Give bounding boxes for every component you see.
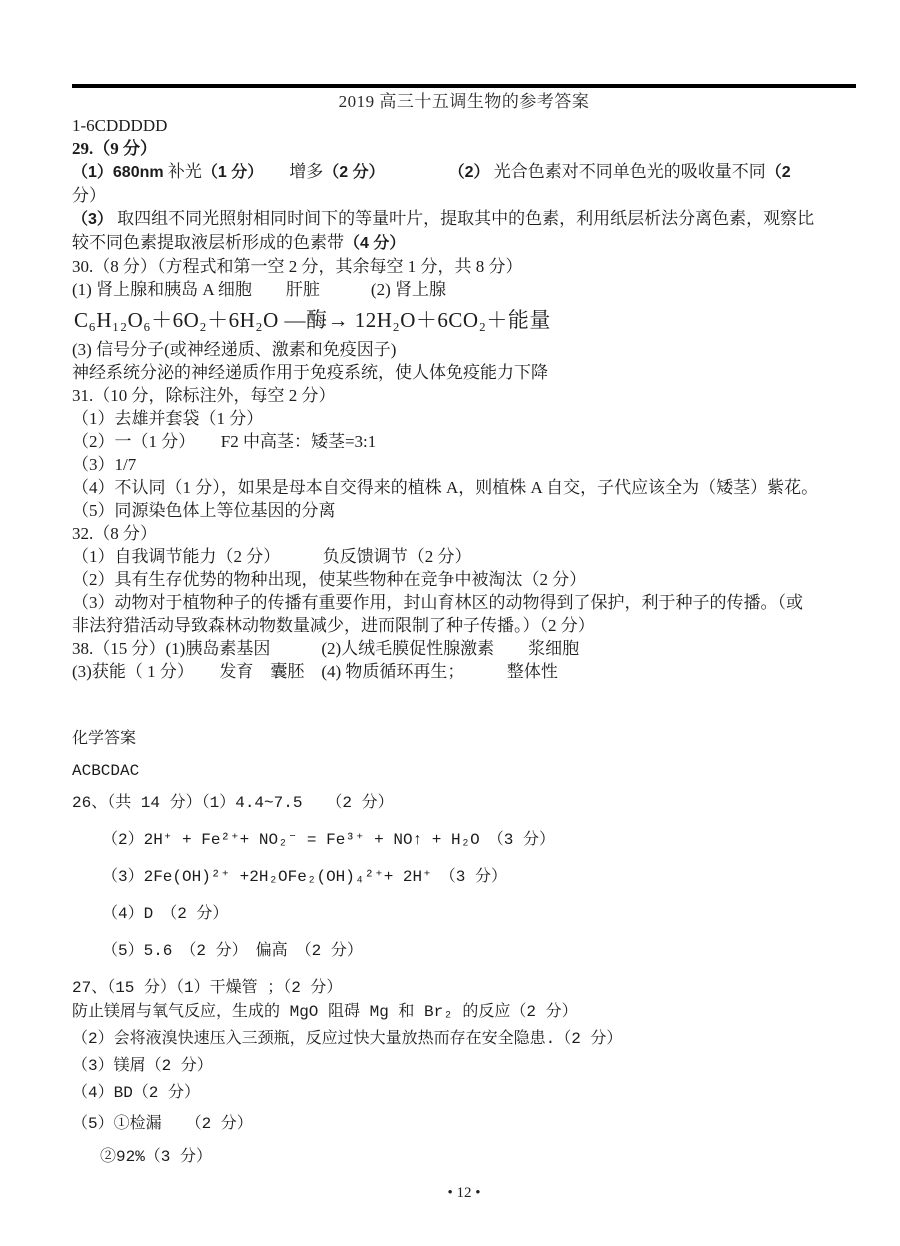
q31-heading: 31.（10 分，除标注外，每空 2 分） xyxy=(72,384,856,407)
biology-multiple-choice-answers: 1-6CDDDDD xyxy=(72,114,856,137)
text-run: 较不同色素提取液层析形成的色素带 xyxy=(72,233,344,252)
text-run: 增多 xyxy=(255,162,323,181)
q26-heading: 26、（共 14 分）（1）4.4~7.5 （2 分） xyxy=(72,791,856,815)
chemistry-answers-section: 化学答案 ACBCDAC 26、（共 14 分）（1）4.4~7.5 （2 分）… xyxy=(72,727,856,1169)
text-run: 补光 xyxy=(164,162,202,181)
q31-item-2: （2）一（1 分） F2 中高茎：矮茎=3:1 xyxy=(72,430,856,453)
q27-item-5-sub2: ②92%（3 分） xyxy=(100,1145,856,1169)
page-number: • 12 • xyxy=(72,1183,856,1204)
q27-line2: 防止镁屑与氧气反应，生成的 MgO 阻碍 Mg 和 Br₂ 的反应（2 分） xyxy=(72,1000,856,1024)
chemistry-multiple-choice-answers: ACBCDAC xyxy=(72,759,856,783)
text-run: （1）680nm xyxy=(72,164,164,181)
q31-item-5: （5）同源染色体上等位基因的分离 xyxy=(72,499,856,522)
page-title: 2019 高三十五调生物的参考答案 xyxy=(72,90,856,114)
q32-item-3-wrap: 非法狩猎活动导致森林动物数量减少，进而限制了种子传播。）（2 分） xyxy=(72,614,856,637)
q31-item-1: （1）去雄并套袋（1 分） xyxy=(72,407,856,430)
q26-item-5: （5）5.6 （2 分） 偏高 （2 分） xyxy=(102,939,856,963)
text-run: （2 xyxy=(766,164,791,181)
text-run: （3） xyxy=(72,211,113,228)
q29-line2: 分） xyxy=(72,184,856,207)
chemistry-section-title: 化学答案 xyxy=(72,727,856,751)
q27-heading: 27、（15 分）（1）干燥管 ；（2 分） xyxy=(72,976,856,1000)
text-run: （1 分） xyxy=(202,164,255,181)
q30-respiration-equation: C₆H₁₂O₆＋6O₂＋6H₂O —酶→ 12H₂O＋6CO₂＋能量 xyxy=(74,306,856,335)
q26-item-4: （4）D （2 分） xyxy=(102,902,856,926)
q29-line3: （3） 取四组不同光照射相同时间下的等量叶片，提取其中的色素，利用纸层析法分离色… xyxy=(72,207,856,231)
q27-item-2: （2）会将液溴快速压入三颈瓶，反应过快大量放热而存在安全隐患.（2 分） xyxy=(72,1027,856,1051)
q30-line4: 神经系统分泌的神经递质作用于免疫系统，使人体免疫能力下降 xyxy=(72,361,856,384)
text-run: （2 分） xyxy=(323,164,376,181)
q32-item-3: （3）动物对于植物种子的传播有重要作用，封山育林区的动物得到了保护，利于种子的传… xyxy=(72,591,856,614)
q31-item-3: （3）1/7 xyxy=(72,453,856,476)
q26-item-2-ionic-equation: （2）2H⁺ + Fe²⁺+ NO₂⁻ = Fe³⁺ + NO↑ + H₂O （… xyxy=(102,828,856,852)
q32-heading: 32.（8 分） xyxy=(72,522,856,545)
text-run: （2） xyxy=(377,164,490,181)
biology-answers-section: 1-6CDDDDD 29.（9 分） （1）680nm 补光（1 分） 增多（2… xyxy=(72,114,856,683)
text-run: 取四组不同光照射相同时间下的等量叶片，提取其中的色素，利用纸层析法分离色素，观察… xyxy=(113,209,814,228)
q38-line2: (3)获能（ 1 分） 发育 囊胚 (4) 物质循环再生； 整体性 xyxy=(72,660,856,683)
text-run: 光合色素对不同单色光的吸收量不同 xyxy=(489,162,765,181)
document-page: 2019 高三十五调生物的参考答案 1-6CDDDDD 29.（9 分） （1）… xyxy=(0,0,900,1246)
text-run: （4 分） xyxy=(344,235,405,252)
q29-line4: 较不同色素提取液层析形成的色素带（4 分） xyxy=(72,231,856,255)
q31-item-4: （4）不认同（1 分），如果是母本自交得来的植株 A，则植株 A 自交，子代应该… xyxy=(72,476,856,499)
header-rule xyxy=(72,84,856,88)
q32-item-2: （2）具有生存优势的物种出现，使某些物种在竞争中被淘汰（2 分） xyxy=(72,568,856,591)
q32-item-1: （1）自我调节能力（2 分） 负反馈调节（2 分） xyxy=(72,545,856,568)
q38-line1: 38.（15 分）(1)胰岛素基因 (2)人绒毛膜促性腺激素 浆细胞 xyxy=(72,637,856,660)
q29-line1: （1）680nm 补光（1 分） 增多（2 分） （2） 光合色素对不同单色光的… xyxy=(72,160,856,184)
q27-item-4: （4）BD（2 分） xyxy=(72,1081,856,1105)
q30-line1: (1) 肾上腺和胰岛 A 细胞 肝脏 (2) 肾上腺 xyxy=(72,278,856,301)
q30-heading: 30.（8 分）（方程式和第一空 2 分，其余每空 1 分，共 8 分） xyxy=(72,255,856,278)
q30-line3: (3) 信号分子(或神经递质、激素和免疫因子) xyxy=(72,338,856,361)
q26-item-3-ionic-equation: （3）2Fe(OH)²⁺ +2H₂OFe₂(OH)₄²⁺+ 2H⁺ （3 分） xyxy=(102,865,856,889)
q27-item-5: （5）①检漏 （2 分） xyxy=(72,1112,856,1136)
page-content: 2019 高三十五调生物的参考答案 1-6CDDDDD 29.（9 分） （1）… xyxy=(0,0,900,1204)
q29-heading: 29.（9 分） xyxy=(72,137,856,160)
q27-item-3: （3）镁屑（2 分） xyxy=(72,1054,856,1078)
